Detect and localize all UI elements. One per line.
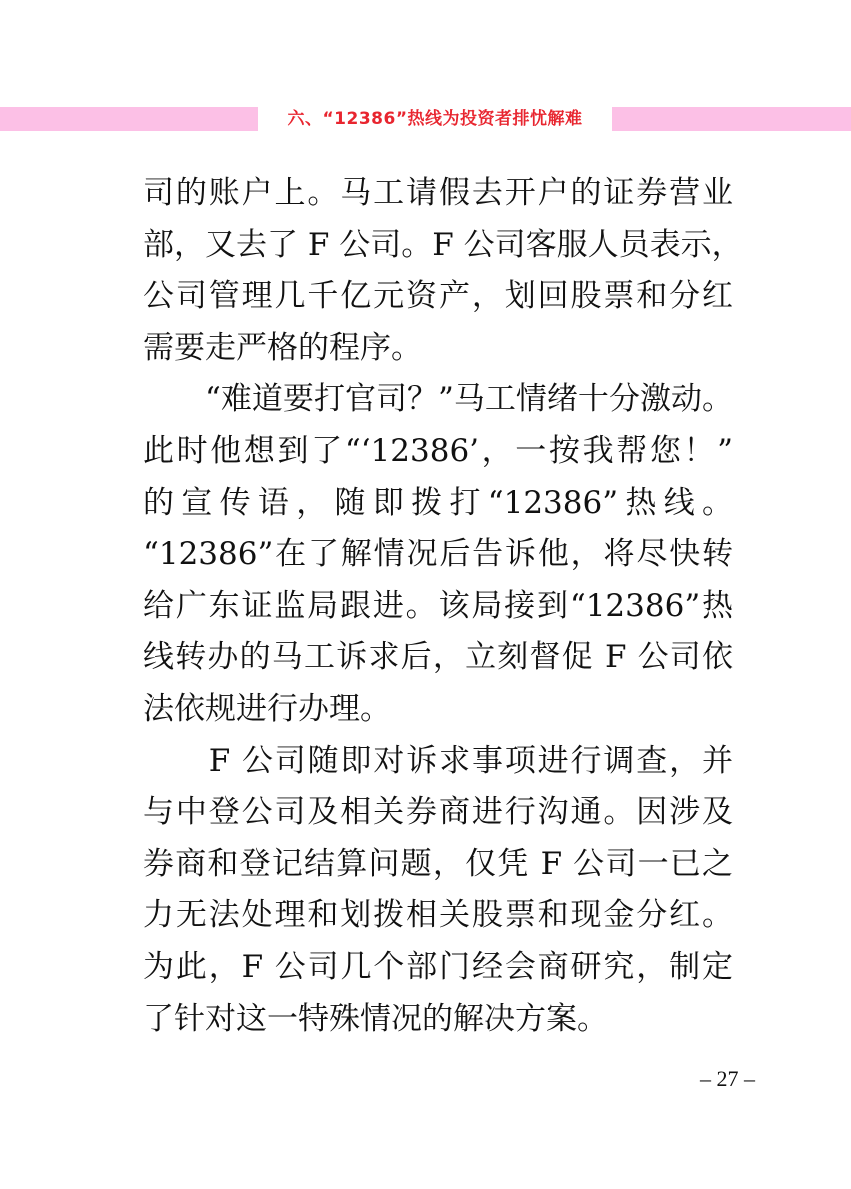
page-number: – 27 – bbox=[700, 1066, 755, 1092]
text-line: 线转办的马工诉求后，立刻督促 F 公司依 bbox=[143, 632, 733, 684]
text-line: 司的账户上。马工请假去开户的证券营业 bbox=[143, 168, 733, 220]
text-line: 给广东证监局跟进。该局接到“12386”热 bbox=[143, 581, 733, 633]
text-line: F 公司随即对诉求事项进行调查，并 bbox=[143, 736, 733, 788]
text-line: 的宣传语，随即拨打“12386”热线。 bbox=[143, 478, 733, 530]
text-line: “12386”在了解情况后告诉他，将尽快转 bbox=[143, 529, 733, 581]
text-line: 需要走严格的程序。 bbox=[143, 323, 733, 375]
text-line: 法依规进行办理。 bbox=[143, 684, 733, 736]
text-line: 公司管理几千亿元资产，划回股票和分红 bbox=[143, 271, 733, 323]
section-title: 六、“12386”热线为投资者排忧解难 bbox=[258, 107, 612, 131]
body-text: 司的账户上。马工请假去开户的证券营业 部，又去了 F 公司。F 公司客服人员表示… bbox=[143, 168, 733, 1045]
text-line: 与中登公司及相关券商进行沟通。因涉及 bbox=[143, 787, 733, 839]
header-band-right bbox=[612, 107, 851, 131]
text-line: 此时他想到了“‘12386’，一按我帮您！” bbox=[143, 426, 733, 478]
running-header: 六、“12386”热线为投资者排忧解难 bbox=[0, 107, 851, 131]
text-line: 力无法处理和划拨相关股票和现金分红。 bbox=[143, 890, 733, 942]
text-line: 了针对这一特殊情况的解决方案。 bbox=[143, 994, 733, 1046]
text-line: “难道要打官司？”马工情绪十分激动。 bbox=[143, 374, 733, 426]
header-band-left bbox=[0, 107, 258, 131]
text-line: 部，又去了 F 公司。F 公司客服人员表示， bbox=[143, 220, 733, 272]
text-line: 券商和登记结算问题，仅凭 F 公司一已之 bbox=[143, 839, 733, 891]
text-line: 为此，F 公司几个部门经会商研究，制定 bbox=[143, 942, 733, 994]
